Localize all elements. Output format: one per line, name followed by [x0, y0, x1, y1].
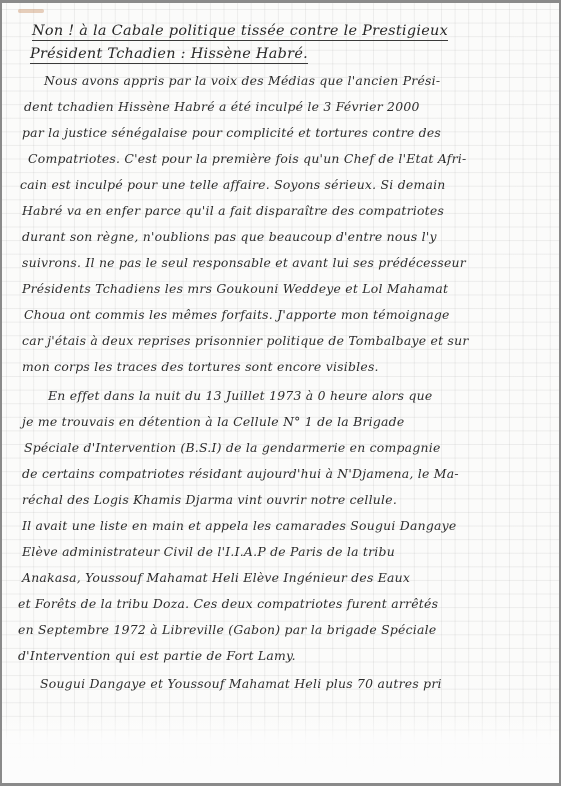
- title-text-1: Non ! à la Cabale politique tissée contr…: [32, 23, 448, 41]
- paper-stain: [18, 9, 44, 13]
- text-line: Sougui Dangaye et Youssouf Mahamat Heli …: [40, 676, 442, 691]
- blank-page-area: [2, 713, 559, 783]
- text-line: suivrons. Il ne pas le seul responsable …: [22, 255, 466, 270]
- text-line: durant son règne, n'oublions pas que bea…: [22, 229, 437, 244]
- text-line: dent tchadien Hissène Habré a été inculp…: [24, 99, 420, 114]
- text-line: Choua ont commis les mêmes forfaits. J'a…: [24, 307, 450, 322]
- text-line: Il avait une liste en main et appela les…: [22, 518, 456, 533]
- text-line: réchal des Logis Khamis Djarma vint ouvr…: [22, 492, 397, 507]
- text-line: je me trouvais en détention à la Cellule…: [22, 414, 404, 429]
- text-line: Habré va en enfer parce qu'il a fait dis…: [22, 203, 444, 218]
- text-line: Elève administrateur Civil de l'I.I.A.P …: [22, 544, 395, 559]
- document-title-line-1: Non ! à la Cabale politique tissée contr…: [32, 23, 448, 39]
- text-line: cain est inculpé pour une telle affaire.…: [20, 177, 446, 192]
- text-line: par la justice sénégalaise pour complici…: [22, 125, 441, 140]
- title-text-2: Président Tchadien : Hissène Habré.: [30, 46, 308, 64]
- text-line: Compatriotes. C'est pour la première foi…: [28, 151, 466, 166]
- text-line: et Forêts de la tribu Doza. Ces deux com…: [18, 596, 438, 611]
- text-line: Nous avons appris par la voix des Médias…: [44, 73, 440, 88]
- text-line: Anakasa, Youssouf Mahamat Heli Elève Ing…: [22, 570, 410, 585]
- text-line: car j'étais à deux reprises prisonnier p…: [22, 333, 469, 348]
- text-line: Présidents Tchadiens les mrs Goukouni We…: [22, 281, 448, 296]
- text-line: En effet dans la nuit du 13 Juillet 1973…: [48, 388, 432, 403]
- document-title-line-2: Président Tchadien : Hissène Habré.: [30, 46, 308, 62]
- text-line: en Septembre 1972 à Libreville (Gabon) p…: [18, 622, 436, 637]
- text-line: Spéciale d'Intervention (B.S.I) de la ge…: [24, 440, 441, 455]
- handwritten-letter-page: Non ! à la Cabale politique tissée contr…: [2, 3, 559, 783]
- text-line: de certains compatriotes résidant aujour…: [22, 466, 459, 481]
- text-line: d'Intervention qui est partie de Fort La…: [18, 648, 296, 663]
- text-line: mon corps les traces des tortures sont e…: [22, 359, 379, 374]
